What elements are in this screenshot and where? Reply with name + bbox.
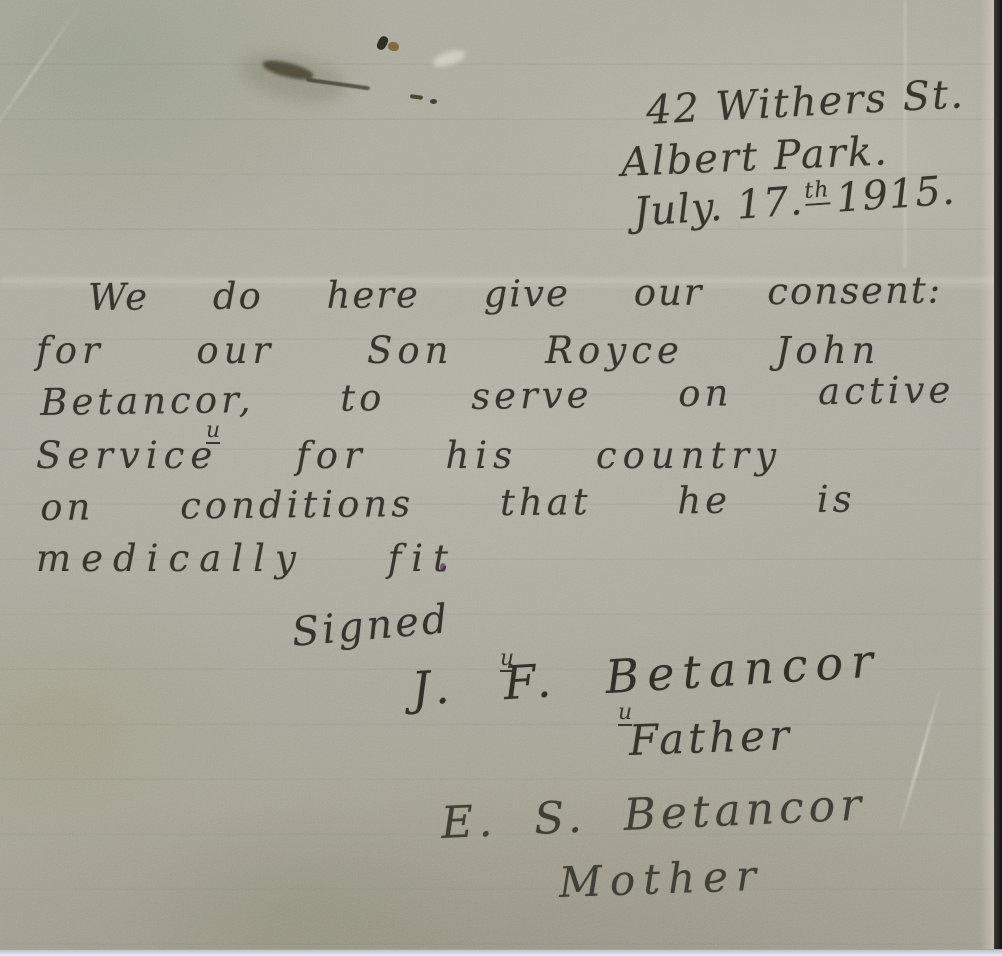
- scan-edge-highlight: [980, 0, 994, 956]
- scanned-letter-page: 42 Withers St. Albert Park. July. 17.th1…: [0, 0, 1002, 956]
- window-bottom-edge: [0, 949, 1002, 956]
- paper-grain: [0, 0, 1002, 956]
- scan-edge-shadow: [994, 0, 1002, 956]
